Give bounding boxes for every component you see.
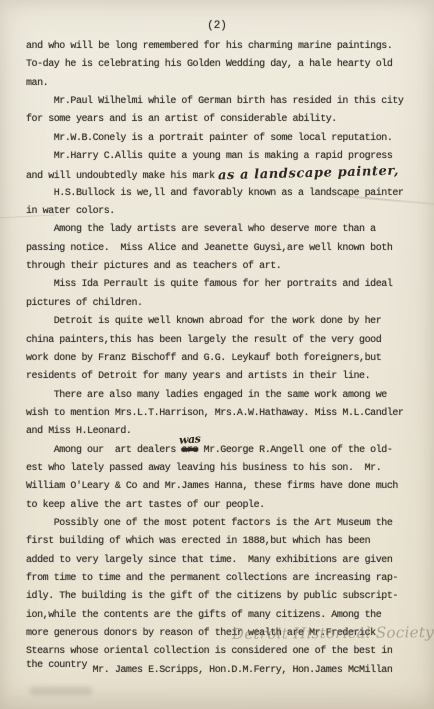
typed-line: To-day he is celebrating his Golden Wedd…	[26, 56, 418, 74]
typed-line: Possibly one of the most potent factors …	[26, 515, 418, 533]
typed-line: Detroit is quite well known abroad for t…	[26, 313, 418, 331]
typed-line: William O'Leary & Co and Mr.James Hanna,…	[26, 478, 418, 496]
typed-line: Mr.Paul Wilhelmi while of German birth h…	[26, 93, 418, 111]
raised-typed-fragment: the country	[26, 657, 87, 675]
typed-line: idly. The building is the gift of the ci…	[26, 588, 418, 606]
typed-line-offset: the country Mr. James E.Scripps, Hon.D.M…	[26, 662, 418, 680]
typed-line: work done by Franz Bischoff and G.G. Ley…	[26, 350, 418, 368]
typed-line: added to very largely since that time. M…	[26, 552, 418, 570]
faint-ink-smudge	[30, 687, 92, 695]
typed-line: passing notice. Miss Alice and Jeanette …	[26, 240, 418, 258]
typed-line: pictures of children.	[26, 295, 418, 313]
typed-line-with-correction: Among our art dealers arewas Mr.George R…	[26, 442, 418, 460]
typed-line: H.S.Bullock is we,ll and favorably known…	[26, 185, 418, 203]
typed-line: for some years and is an artist of consi…	[26, 111, 418, 129]
typed-fragment: and will undoubtedly make his mark	[26, 171, 215, 182]
typed-line: est who lately passed away leaving his b…	[26, 460, 418, 478]
typed-fragment: Mr.George R.Angell one of the old-	[198, 445, 392, 456]
typed-line: Miss Ida Perrault is quite famous for he…	[26, 276, 418, 294]
typed-line: There are also many ladies engaged in th…	[26, 387, 418, 405]
typed-line-with-annotation: and will undoubtedly make his markas a l…	[26, 166, 418, 184]
handwritten-correction: was	[179, 430, 202, 450]
typed-line: more generous donors by reason of their …	[26, 625, 418, 643]
typed-line: man.	[26, 75, 418, 93]
typed-line: and who will be long remembered for his …	[26, 38, 418, 56]
corrected-word: arewas	[181, 442, 198, 460]
page-number: (2)	[0, 20, 434, 32]
typed-fragment: Mr. James E.Scripps, Hon.D.M.Ferry, Hon.…	[87, 665, 392, 676]
typed-fragment: Among our art dealers	[26, 445, 181, 456]
typed-line: Among the lady artists are several who d…	[26, 221, 418, 239]
document-page: (2) and who will be long remembered for …	[0, 0, 434, 709]
typed-line: first building of which was erected in 1…	[26, 533, 418, 551]
typed-line: ion,while the contents are the gifts of …	[26, 607, 418, 625]
typed-line: through their pictures and as teachers o…	[26, 258, 418, 276]
typed-line: china painters,this has been largely the…	[26, 332, 418, 350]
typewritten-text-column: and who will be long remembered for his …	[26, 38, 418, 680]
typed-line: residents of Detroit for many years and …	[26, 368, 418, 386]
typed-line: and Miss H.Leonard.	[26, 423, 418, 441]
typed-line: in water colors.	[26, 203, 418, 221]
typed-line: from time to time and the permanent coll…	[26, 570, 418, 588]
typed-line: Mr.W.B.Conely is a portrait painter of s…	[26, 130, 418, 148]
handwritten-annotation: as a landscape painter,	[217, 163, 398, 186]
typed-line: to keep alive the art tastes of our peop…	[26, 497, 418, 515]
typed-line: wish to mention Mrs.L.T.Harrison, Mrs.A.…	[26, 405, 418, 423]
